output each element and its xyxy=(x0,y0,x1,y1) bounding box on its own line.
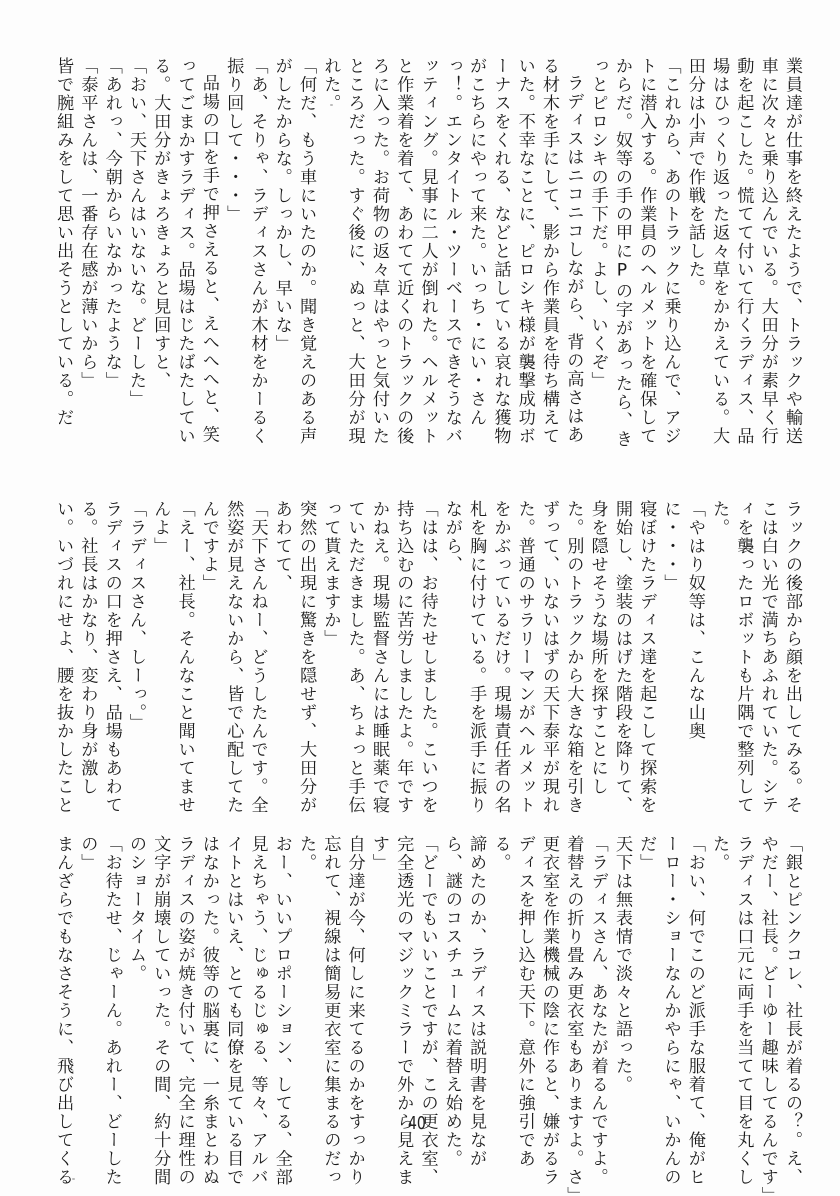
paragraph: 更衣室を作業機械の陰に作ると、嫌がるラディスを押し込む天下。意外に強引である。 xyxy=(488,835,561,1196)
paragraph: 業員達が仕事を終えたようで、トラックや輸送車に次々と乗り込んでいる。大田分が素早… xyxy=(683,57,804,459)
dialogue: 「何だ、もう車にいたのか。聞き覚えのある声がしたからな。しっかし、早いな」 xyxy=(269,57,318,459)
paragraph: 皆で腕組みをして思い出そうとしている。だが、思い出せない。うーん、わからん。 xyxy=(52,57,75,459)
text-band-middle: ラックの後部から顔を出してみる。そこは白い光で満ちあふれていた。シティを襲ったロ… xyxy=(52,500,804,824)
scan-speck xyxy=(72,1178,75,1180)
dialogue: 「泰平さんは、一番存在感が薄いから」 xyxy=(75,57,99,459)
manuscript-page: 業員達が仕事を終えたようで、トラックや輸送車に次々と乗り込んでいる。大田分が素早… xyxy=(0,0,840,1196)
paragraph: ラディスはニコニコしながら、背の高さはある材木を手にして、影から作業員を待ち構え… xyxy=(318,57,585,459)
text-band-bottom: 「銀とピンクコレ、社長が着るの？。え、やだー、社長。どーゆー趣味してるんです」 … xyxy=(52,835,804,1196)
paragraph: ラディスは口元に両手を当てて目を丸くした。 xyxy=(707,835,756,1196)
paragraph: 寝ぼけたラディス達を起こして探索を開始し、塗装のはげた階段を降りて、身を隠せそう… xyxy=(440,500,659,824)
paragraph: 品場の口を手で押さえると、えへへへと、笑ってごまかすラディス。品場はじたばたして… xyxy=(148,57,221,459)
dialogue: 「お待たせ、じゃーん。あれー、どーしたの」 xyxy=(75,835,124,1196)
dialogue: 「やはり奴等は、こんな山奥に・・・」 xyxy=(658,500,707,824)
dialogue: 「天下さんねー、どうしたんです。全然姿が見えないから、皆で心配してたんですよ」 xyxy=(197,500,270,824)
dialogue: 「銀とピンクコレ、社長が着るの？。え、やだー、社長。どーゆー趣味してるんです」 xyxy=(755,835,804,1196)
paragraph: 突然の出現に驚きを隠せず、大田分があわてて、 xyxy=(269,500,318,824)
dialogue: 「えー、社長。そんなこと聞いてませんよ」 xyxy=(148,500,197,824)
dialogue: 「これから、あのトラックに乗り込んで、アジトに潜入する。作業員のヘルメットを確保… xyxy=(585,57,682,459)
text-band-top: 業員達が仕事を終えたようで、トラックや輸送車に次々と乗り込んでいる。大田分が素早… xyxy=(52,57,804,459)
page-number: 40 xyxy=(408,1113,426,1134)
paragraph: 自分達が今、何しに来てるのかをすっかり忘れて、視線は簡易更衣室に集まるのだった。 xyxy=(294,835,367,1196)
paragraph: ラディスの口を押さえ、品場もあわてる。社長はかなり、変わり身が激しい。いづれにせ… xyxy=(52,500,124,824)
dialogue: 「あ、そりゃ、ラディスさんが木材をかーるく振り回して・・・」 xyxy=(221,57,270,459)
paragraph: 諦めたのか、ラディスは説明書を見ながら、謎のコスチュームに着替え始めた。 xyxy=(440,835,489,1196)
dialogue: 「ラディスさん、しーっ。」 xyxy=(124,500,148,824)
paragraph: ラックの後部から顔を出してみる。そこは白い光で満ちあふれていた。シティを襲ったロ… xyxy=(707,500,804,824)
scan-speck xyxy=(330,104,333,106)
dialogue: 「どーでもいいことですが、この更衣室、完全透光のマジックミラーで外から見えます」 xyxy=(367,835,440,1196)
dialogue: 「おい、天下さんはいないな。どーした」 xyxy=(124,57,148,459)
dialogue: 「はは、お待たせしました。こいつを持ち込むのに苦労しましたよ。年ですかねえ。現場… xyxy=(318,500,439,824)
dialogue: 「あれっ、今朝からいなかったような」 xyxy=(99,57,123,459)
dialogue: 「ラディスさん、あなたが着るんですよ。着替えの折り畳み更衣室もありますよ。さ」 xyxy=(561,835,610,1196)
paragraph: おー、いいプロポーション、してる、全部見えちゃう、じゅるじゅる、等々、アルバイト… xyxy=(124,835,294,1196)
paragraph: 天下は無表情で淡々と語った。 xyxy=(610,835,634,1196)
dialogue: 「おい、何でこのど派手な服着て、俺がヒーロー・ショーなんかやらにゃ、いかんのだ」 xyxy=(634,835,707,1196)
paragraph: まんざらでもなさそうに、飛び出してくるラディス。そこには笑いをこらえた上目遣いの… xyxy=(52,835,75,1196)
